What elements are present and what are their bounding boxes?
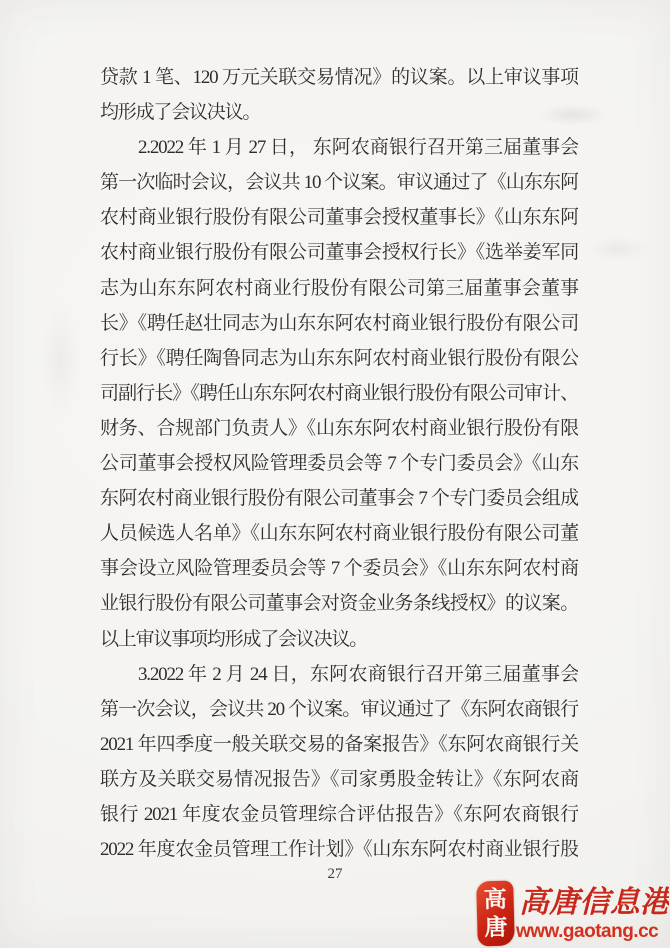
- text-line: 以上审议事项均形成了会议决议。: [100, 622, 578, 657]
- text-line: 均形成了会议决议。: [100, 95, 578, 130]
- text-line: 贷款 1 笔、120 万元关联交易情况》的议案。以上审议事项: [100, 60, 578, 95]
- text-line: 长》《聘任赵壮同志为山东东阿农村商业银行股份有限公司: [100, 306, 578, 341]
- watermark-site-url: www.gaotang.cc: [516, 920, 670, 944]
- text-line: 事会设立风险管理委员会等 7 个委员会》《山东东阿农村商: [100, 551, 578, 586]
- text-line: 农村商业银行股份有限公司董事会授权行长》《选举姜军同: [100, 235, 578, 270]
- scan-smudge: [40, 300, 80, 420]
- document-body: 贷款 1 笔、120 万元关联交易情况》的议案。以上审议事项 均形成了会议决议。…: [100, 60, 578, 867]
- text-line: 2022 年度农金员管理工作计划》《山东东阿农村商业银行股: [100, 832, 578, 867]
- text-line: 农村商业银行股份有限公司董事会授权董事长》《山东东阿: [100, 200, 578, 235]
- text-line: 业银行股份有限公司董事会对资金业务条线授权》的议案。: [100, 586, 578, 621]
- text-line: 银行 2021 年度农金员管理综合评估报告》《东阿农商银行: [100, 797, 578, 832]
- text-line: 东阿农村商业银行股份有限公司董事会 7 个专门委员会组成: [100, 481, 578, 516]
- watermark-site-name: 高唐信息港: [519, 882, 669, 924]
- text-line: 2.2022 年 1 月 27 日， 东阿农商银行召开第三届董事会: [100, 130, 578, 165]
- text-line: 第一次会议，会议共 20 个议案。审议通过了《东阿农商银行: [100, 692, 578, 727]
- scan-smudge: [588, 236, 648, 262]
- text-line: 人员候选人名单》《山东东阿农村商业银行股份有限公司董: [100, 516, 578, 551]
- seal-char-top: 高: [483, 886, 507, 914]
- page-number: 27: [0, 866, 670, 883]
- text-line: 2021 年四季度一般关联交易的备案报告》《东阿农商银行关: [100, 727, 578, 762]
- gaotang-seal-icon: 高 唐: [476, 881, 515, 947]
- scanned-document-page: 贷款 1 笔、120 万元关联交易情况》的议案。以上审议事项 均形成了会议决议。…: [0, 0, 670, 948]
- text-line: 司副行长》《聘任山东东阿农村商业银行股份有限公司审计、: [100, 376, 578, 411]
- text-line: 联方及关联交易情况报告》《司家勇股金转让》《东阿农商: [100, 762, 578, 797]
- text-line: 行长》《聘任陶鲁同志为山东东阿农村商业银行股份有限公: [100, 341, 578, 376]
- text-line: 第一次临时会议，会议共 10 个议案。审议通过了《山东东阿: [100, 165, 578, 200]
- text-line: 志为山东东阿农村商业行股份有限公司第三届董事会董事: [100, 271, 578, 306]
- text-line: 财务、合规部门负责人》《山东东阿农村商业银行股份有限: [100, 411, 578, 446]
- text-line: 公司董事会授权风险管理委员会等 7 个专门委员会》《山东: [100, 446, 578, 481]
- text-line: 3.2022 年 2 月 24 日，东阿农商银行召开第三届董事会: [100, 657, 578, 692]
- seal-char-bottom: 唐: [484, 913, 508, 941]
